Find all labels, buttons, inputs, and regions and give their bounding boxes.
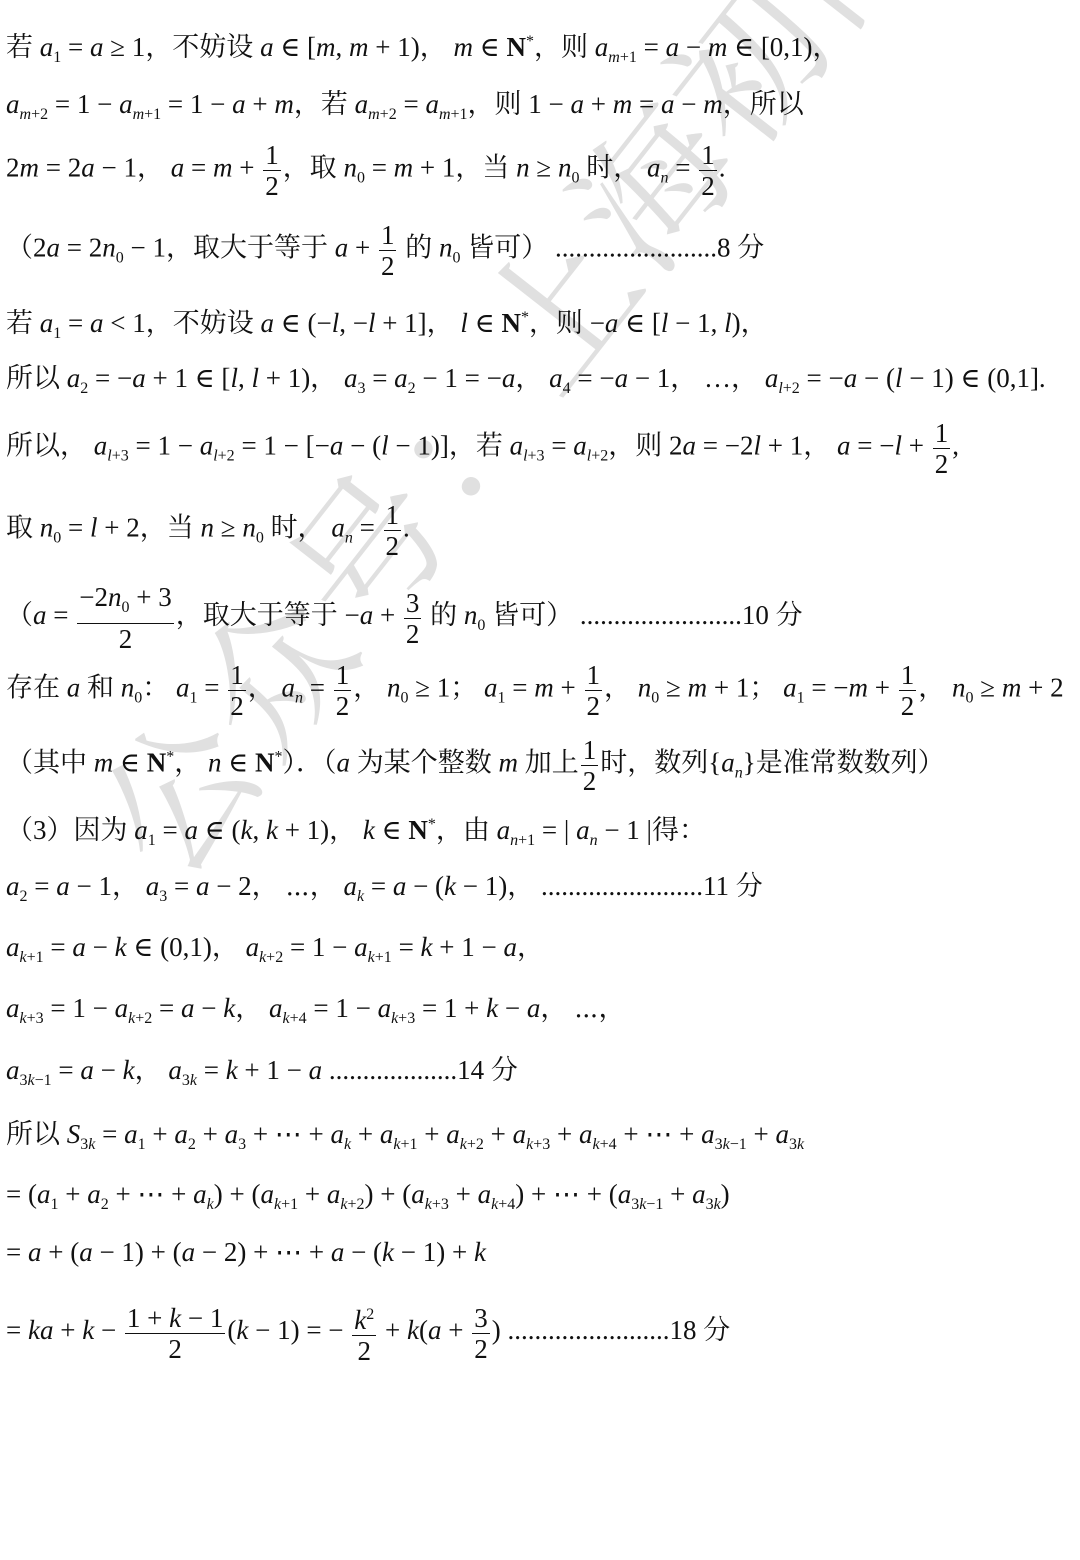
line-4: （2a = 2n0 − 1，取大于等于 a + 12 的 n0 皆可） ....…	[6, 220, 764, 281]
line-14: ak+1 = a − k ∈ (0,1)， ak+2 = 1 − ak+1 = …	[6, 927, 544, 978]
line-1: 若 a1 = a ≥ 1，不妨设 a ∈ [m, m + 1)， m ∈ N*，…	[6, 22, 840, 78]
line-2: am+2 = 1 − am+1 = 1 − a + m，若 am+2 = am+…	[6, 84, 804, 135]
line-11: （其中 m ∈ N*， n ∈ N*）．（a 为某个整数 m 加上12时，数列{…	[6, 735, 945, 796]
score-14: 14 分	[457, 1055, 518, 1085]
score-8: 8 分	[717, 233, 764, 263]
line-13: a2 = a − 1， a3 = a − 2， ⋯， ak = a − (k −…	[6, 866, 763, 917]
line-5: 若 a1 = a < 1，不妨设 a ∈ (−l, −l + 1]， l ∈ N…	[6, 298, 768, 354]
line-6: 所以 a2 = −a + 1 ∈ [l, l + 1)， a3 = a2 − 1…	[6, 358, 1046, 409]
line-7: 所以， al+3 = 1 − al+2 = 1 − [−a − (l − 1)]…	[6, 418, 959, 479]
line-18: = (a1 + a2 + ⋯ + ak) + (ak+1 + ak+2) + (…	[6, 1174, 730, 1225]
line-9: （a = −2n0 + 32，取大于等于 −a + 32 的 n0 皆可） ..…	[6, 582, 803, 654]
line-19: = a + (a − 1) + (a − 2) + ⋯ + a − (k − 1…	[6, 1232, 486, 1272]
line-3: 2m = 2a − 1， a = m + 12，取 n0 = m + 1，当 n…	[6, 140, 725, 201]
line-16: a3k−1 = a − k， a3k = k + 1 − a .........…	[6, 1050, 518, 1101]
line-15: ak+3 = 1 − ak+2 = a − k， ak+4 = 1 − ak+3…	[6, 988, 625, 1039]
score-11: 11 分	[703, 871, 763, 901]
line-8: 取 n0 = l + 2，当 n ≥ n0 时， an = 12.	[6, 500, 410, 561]
document-page: 公众号：上海初高中数学 若 a1 = a ≥ 1，不妨设 a ∈ [m, m +…	[0, 0, 1080, 1560]
line-20: = ka + k − 1 + k − 12(k − 1) = − k22 + k…	[6, 1300, 730, 1366]
score-18: 18 分	[669, 1315, 730, 1345]
line-10: 存在 a 和 n0： a1 = 12， an = 12， n0 ≥ 1； a1 …	[6, 660, 1064, 721]
line-17: 所以 S3k = a1 + a2 + a3 + ⋯ + ak + ak+1 + …	[6, 1114, 804, 1165]
score-10: 10 分	[742, 600, 803, 630]
line-12: （3）因为 a1 = a ∈ (k, k + 1)， k ∈ N*，由 an+1…	[6, 805, 706, 861]
